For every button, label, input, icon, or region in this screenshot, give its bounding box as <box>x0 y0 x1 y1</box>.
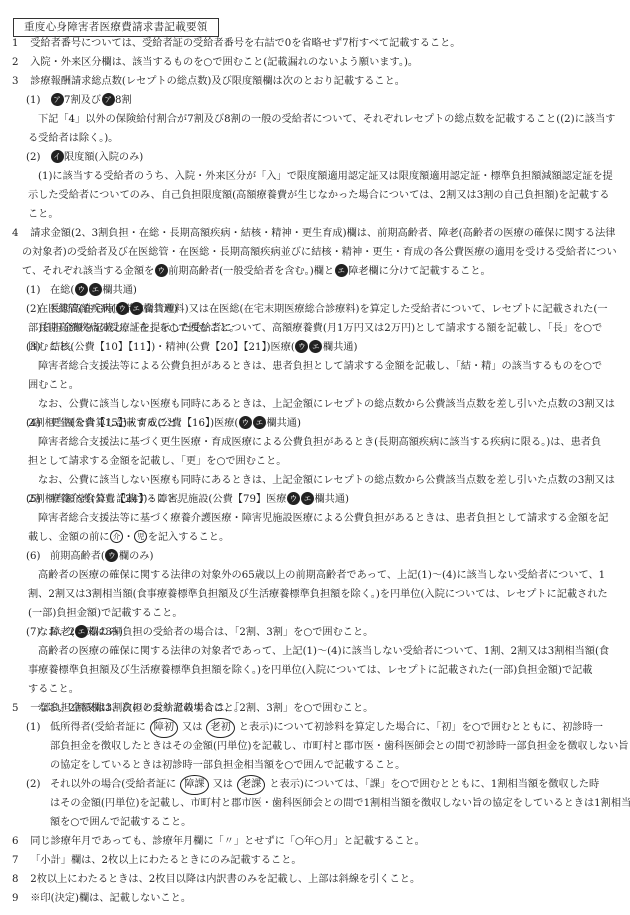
item-5-2: (2)それ以外の場合(受給者証に障課又は老課と表示)については、「課」を○で囲む… <box>26 775 599 795</box>
circled-column-icon: ウ <box>287 492 300 505</box>
item-4-4-heading: (4)更生(公費【15】)・育成(公費【16】)医療(ウエ欄共通) <box>26 414 301 433</box>
paragraph: 部負担金を徴収したときはその金額(円単位)を記載し、市町村と郡市医・歯科医師会と… <box>50 737 628 756</box>
circled-mark-shoka: 障課 <box>180 775 208 795</box>
paragraph: 障害者総合支援法等による公費負担があるときは、患者負担として請求する金額を記載し… <box>38 357 602 376</box>
paragraph: 載し、金額の前に介・児を記入すること。 <box>28 528 229 547</box>
paragraph: の対象者)の受給者及び在医総管・在医総・長期高額疾病並びに結核・精神・更生・育成… <box>22 243 617 262</box>
paragraph: 囲むこと。 <box>28 376 79 395</box>
circled-ji-icon: 児 <box>134 530 147 543</box>
paragraph: なお、公費に該当しない医療も同時にあるときは、上記金額にレセプトの総点数から公費… <box>38 395 615 414</box>
item-4-2-heading: (2)長期高額疾病(ウエ欄共通) <box>26 300 178 319</box>
circled-column-icon: エ <box>75 625 88 638</box>
paragraph: 示した受給者についてのみ、自己負担限度額(高額療養費が生じなかった場合については… <box>28 186 609 205</box>
circled-column-icon: エ <box>301 492 314 505</box>
item-3: 3 診療報酬請求総点数(レセプトの総点数)及び限度額欄は次のとおり記載すること。 <box>12 72 405 91</box>
circled-a-icon: ア <box>102 93 115 106</box>
circled-column-icon: ウ <box>239 416 252 429</box>
circled-mark-roshin: 老初 <box>206 718 234 738</box>
circled-mark-roka: 老課 <box>237 775 265 795</box>
item-4-7-heading: (7)障老(エ欄のみ) <box>26 623 123 642</box>
paragraph: 障害者総合支援法等に基づく療養介護医療・障害児施設医療による公費負担があるときは… <box>38 509 609 528</box>
paragraph: はその金額(円単位)を記載し、市町村と郡市医・歯科医師会との間で1割相当額を徴収… <box>50 794 630 813</box>
circled-column-icon: ウ <box>116 302 129 315</box>
item-3-1-heading: (1)ア7割及びア8割 <box>26 91 132 110</box>
circled-column-icon: エ <box>309 340 322 353</box>
circled-e-icon: エ <box>335 264 348 277</box>
paragraph: 高齢者の医療の確保に関する法律の対象外の65歳以上の前期高齢者であって、上記(1… <box>38 566 605 585</box>
circled-column-icon: ウ <box>75 283 88 296</box>
circled-mark-shoshin: 障初 <box>150 718 178 738</box>
paragraph: 割、2割又は3割相当額(食事療養標準負担額及び生活療養標準負担額を除く。)を円単… <box>28 585 608 604</box>
item-4-6-heading: (6)前期高齢者(ウ欄のみ) <box>26 547 153 566</box>
item-6: 6 同じ診療年月であっても、診療年月欄に「〃」とせずに「○年○月」と記載すること… <box>12 832 425 851</box>
item-7: 7 「小計」欄は、2枚以上にわたるときにのみ記載すること。 <box>12 851 302 870</box>
item-3-2-heading: (2)イ限度額(入院のみ) <box>26 148 143 167</box>
paragraph: の協定をしているときは初診時一部負担金相当額を○で囲んで記載すること。 <box>50 756 405 775</box>
circled-i-icon: イ <box>51 150 64 163</box>
item-5-1: (1)低所得者(受給者証に障初又は老初と表示)について初診料を算定した場合に、「… <box>26 718 603 738</box>
paragraph: る受給者は除く。)。 <box>28 129 118 148</box>
item-4-1-heading: (1)在総(ウエ欄共通) <box>26 281 137 300</box>
paragraph: (1)に該当する受給者のうち、入院・外来区分が「入」で限度額適用認定証又は限度額… <box>38 167 613 186</box>
item-4: 4 請求金額(2、3割負担・在総・長期高額疾病・結核・精神・更生育成)欄は、前期… <box>12 224 615 243</box>
paragraph: 障害者総合支援法に基づく更生医療・育成医療による公費負担があるとき(長期高額疾病… <box>38 433 601 452</box>
item-5: 5 一部負担金額欄は、次のとおり記載すること。 <box>12 699 244 718</box>
circled-column-icon: エ <box>253 416 266 429</box>
circled-column-icon: エ <box>89 283 102 296</box>
item-1: 1 受給者番号については、受給者証の受給者番号を右詰で0を省略せず7桁すべて記載… <box>12 34 461 53</box>
paragraph: 額を○で囲んで記載すること。 <box>50 813 191 832</box>
paragraph: 事療養標準負担額及び生活療養標準負担額を除く。)を円単位(入院については、レセプ… <box>28 661 592 680</box>
paragraph: 下記「4」以外の保険給付割合が7割及び8割の一般の受給者について、それぞれレセプ… <box>38 110 615 129</box>
paragraph: すること。 <box>28 680 79 699</box>
circled-column-icon: エ <box>130 302 143 315</box>
paragraph: 担として請求する金額を記載し、「更」を○で囲むこと。 <box>28 452 286 471</box>
circled-kai-icon: 介 <box>110 530 123 543</box>
item-4-3-heading: (3)結核(公費【10】【11】)・精神(公費【20】【21】)医療(ウエ欄共通… <box>26 338 357 357</box>
item-8: 8 2枚以上にわたるときは、2枚目以降は内訳書のみを記載し、上部は斜線を引くこと… <box>12 870 420 889</box>
item-9: 9 ※印(決定)欄は、記載しないこと。 <box>12 889 191 908</box>
paragraph: (一部)負担金額)で記載すること。 <box>28 604 183 623</box>
paragraph: 長期高額疾病の受療証を提示した受給者について、高額療養費(月1万円又は2万円)と… <box>38 319 602 338</box>
item-4-5-heading: (5)療養介護(公費【24】)・障害児施設(公費【79】医療ウエ欄共通) <box>26 490 349 509</box>
paragraph: て、それぞれ該当する金額をウ前期高齢者(一般受給者を含む。)欄とエ障老欄に分けて… <box>22 262 491 281</box>
circled-a-icon: ア <box>51 93 64 106</box>
paragraph: こと。 <box>28 205 59 224</box>
circled-column-icon: ウ <box>105 549 118 562</box>
paragraph: なお、公費に該当しない医療も同時にあるときは、上記金額にレセプトの総点数から公費… <box>38 471 615 490</box>
circled-u-icon: ウ <box>155 264 168 277</box>
paragraph: 高齢者の医療の確保に関する法律の対象者であって、上記(1)～(4)に該当しない受… <box>38 642 609 661</box>
circled-column-icon: ウ <box>295 340 308 353</box>
item-2: 2 入院・外来区分欄は、該当するものを○で囲むこと(記載漏れのないよう願います。… <box>12 53 418 72</box>
